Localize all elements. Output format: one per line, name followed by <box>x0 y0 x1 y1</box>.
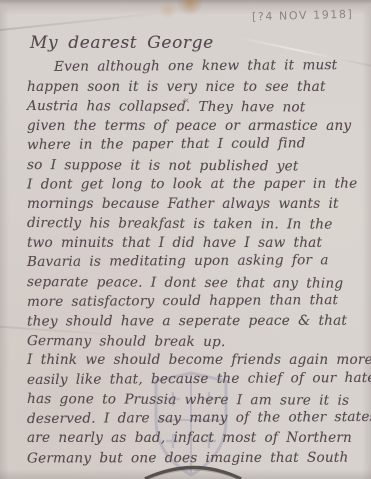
letter-line: deserved. I dare say many of the other s… <box>27 408 363 430</box>
letter-line: I think we should become friends again m… <box>27 351 363 371</box>
letter-line: Germany should break up. <box>27 332 363 353</box>
letter-line: I dont get long to look at the paper in … <box>27 175 363 195</box>
letter-line: Bavaria is meditating upon asking for a <box>27 251 363 273</box>
letter-line: Even although one knew that it must <box>27 56 363 78</box>
letter-line: Germany but one does imagine that South <box>27 449 363 469</box>
letter-line: easily like that, because the chief of o… <box>27 369 363 391</box>
letter-line: where in the paper that I could find <box>27 134 363 156</box>
letter-page: × [?4 NOV 1918] My dearest George Even a… <box>0 0 371 479</box>
letter-line: mornings because Father always wants it <box>27 195 363 215</box>
letter-line: happen soon it is very nice to see that <box>27 78 363 98</box>
letter-line: Austria has collapsed. They have not <box>27 97 363 118</box>
letter-line: more satisfactory could happen than that <box>27 291 363 313</box>
letter-line: they should have a seperate peace & that <box>27 312 363 332</box>
letter-line: are nearly as bad, infact most of Northe… <box>27 429 363 449</box>
salutation: My dearest George <box>30 33 214 53</box>
date-annotation: [?4 NOV 1918] <box>251 8 353 24</box>
paper-crease <box>0 9 196 34</box>
letter-line: directly his breakfast is taken in. In t… <box>27 214 363 235</box>
letter-body: Even although one knew that it musthappe… <box>27 58 363 468</box>
